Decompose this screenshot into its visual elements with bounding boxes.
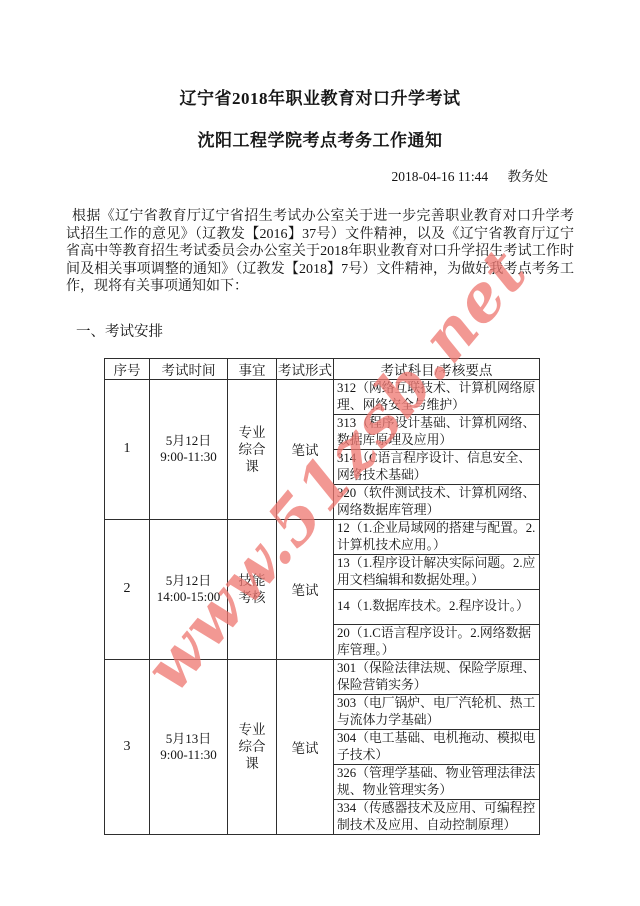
subject-cell: 303（电厂锅炉、电厂汽轮机、热工与流体力学基础） (334, 694, 540, 729)
document-page: www.51zsb.net 辽宁省2018年职业教育对口升学考试 沈阳工程学院考… (0, 0, 640, 906)
subject-cell: 326（管理学基础、物业管理法律法规、物业管理实务） (334, 764, 540, 799)
exam-hours: 9:00-11:30 (151, 449, 226, 465)
subject-cell: 313（程序设计基础、计算机网络、数据库原理及应用） (334, 414, 540, 449)
publish-timestamp: 2018-04-16 11:44 (392, 169, 489, 184)
exam-schedule-table: 序号 考试时间 事宜 考试形式 考试科目/考核要点 1 5月12日 9:00-1… (104, 358, 540, 835)
table-row: 3 5月13日 9:00-11:30 专业综合课 笔试 301（保险法律法规、保… (105, 659, 540, 694)
exam-hours: 9:00-11:30 (151, 747, 226, 763)
table-row: 1 5月12日 9:00-11:30 专业综合课 笔试 312（网络互联技术、计… (105, 379, 540, 414)
document-subtitle: 沈阳工程学院考点考务工作通知 (66, 126, 574, 151)
exam-time-cell: 5月12日 14:00-15:00 (150, 519, 228, 659)
intro-paragraph: 根据《辽宁省教育厅辽宁省招生考试办公室关于进一步完善职业教育对口升学考试招生工作… (66, 208, 574, 296)
subject-cell: 12（1.企业局域网的搭建与配置。2.计算机技术应用。） (334, 519, 540, 554)
document-title: 辽宁省2018年职业教育对口升学考试 (66, 84, 574, 109)
publish-department: 教务处 (508, 169, 549, 184)
exam-date: 5月12日 (151, 573, 226, 589)
table-header-row: 序号 考试时间 事宜 考试形式 考试科目/考核要点 (105, 358, 540, 379)
table-row: 2 5月12日 14:00-15:00 技能考核 笔试 12（1.企业局域网的搭… (105, 519, 540, 554)
subject-cell: 312（网络互联技术、计算机网络原理、网络安全与维护） (334, 379, 540, 414)
serial-cell: 2 (105, 519, 150, 659)
exam-form-cell: 笔试 (277, 519, 334, 659)
column-header-matter: 事宜 (228, 358, 277, 379)
subject-cell: 320（软件测试技术、计算机网络、网络数据库管理） (334, 484, 540, 519)
exam-hours: 14:00-15:00 (151, 589, 226, 605)
exam-form-cell: 笔试 (277, 659, 334, 834)
subject-cell: 301（保险法律法规、保险学原理、保险营销实务） (334, 659, 540, 694)
exam-time-cell: 5月13日 9:00-11:30 (150, 659, 228, 834)
publish-info: 2018-04-16 11:44 教务处 (66, 165, 574, 185)
subject-cell: 304（电工基础、电机拖动、模拟电子技术） (334, 729, 540, 764)
exam-date: 5月13日 (151, 731, 226, 747)
exam-time-cell: 5月12日 9:00-11:30 (150, 379, 228, 519)
serial-cell: 1 (105, 379, 150, 519)
subject-cell: 13（1.程序设计解决实际问题。2.应用文档编辑和数据处理。） (334, 554, 540, 589)
subject-cell: 314（C语言程序设计、信息安全、网络技术基础） (334, 449, 540, 484)
serial-cell: 3 (105, 659, 150, 834)
column-header-form: 考试形式 (277, 358, 334, 379)
document-content: 辽宁省2018年职业教育对口升学考试 沈阳工程学院考点考务工作通知 2018-0… (66, 0, 574, 835)
exam-date: 5月12日 (151, 433, 226, 449)
column-header-time: 考试时间 (150, 358, 228, 379)
exam-form-cell: 笔试 (277, 379, 334, 519)
matter-cell: 专业综合课 (228, 659, 277, 834)
column-header-serial: 序号 (105, 358, 150, 379)
subject-cell: 20（1.C语言程序设计。2.网络数据库管理。） (334, 624, 540, 659)
section-heading: 一、考试安排 (66, 320, 574, 341)
subject-cell: 14（1.数据库技术。2.程序设计。） (334, 589, 540, 624)
column-header-subjects: 考试科目/考核要点 (334, 358, 540, 379)
matter-cell: 技能考核 (228, 519, 277, 659)
subject-cell: 334（传感器技术及应用、可编程控制技术及应用、自动控制原理） (334, 799, 540, 834)
matter-cell: 专业综合课 (228, 379, 277, 519)
